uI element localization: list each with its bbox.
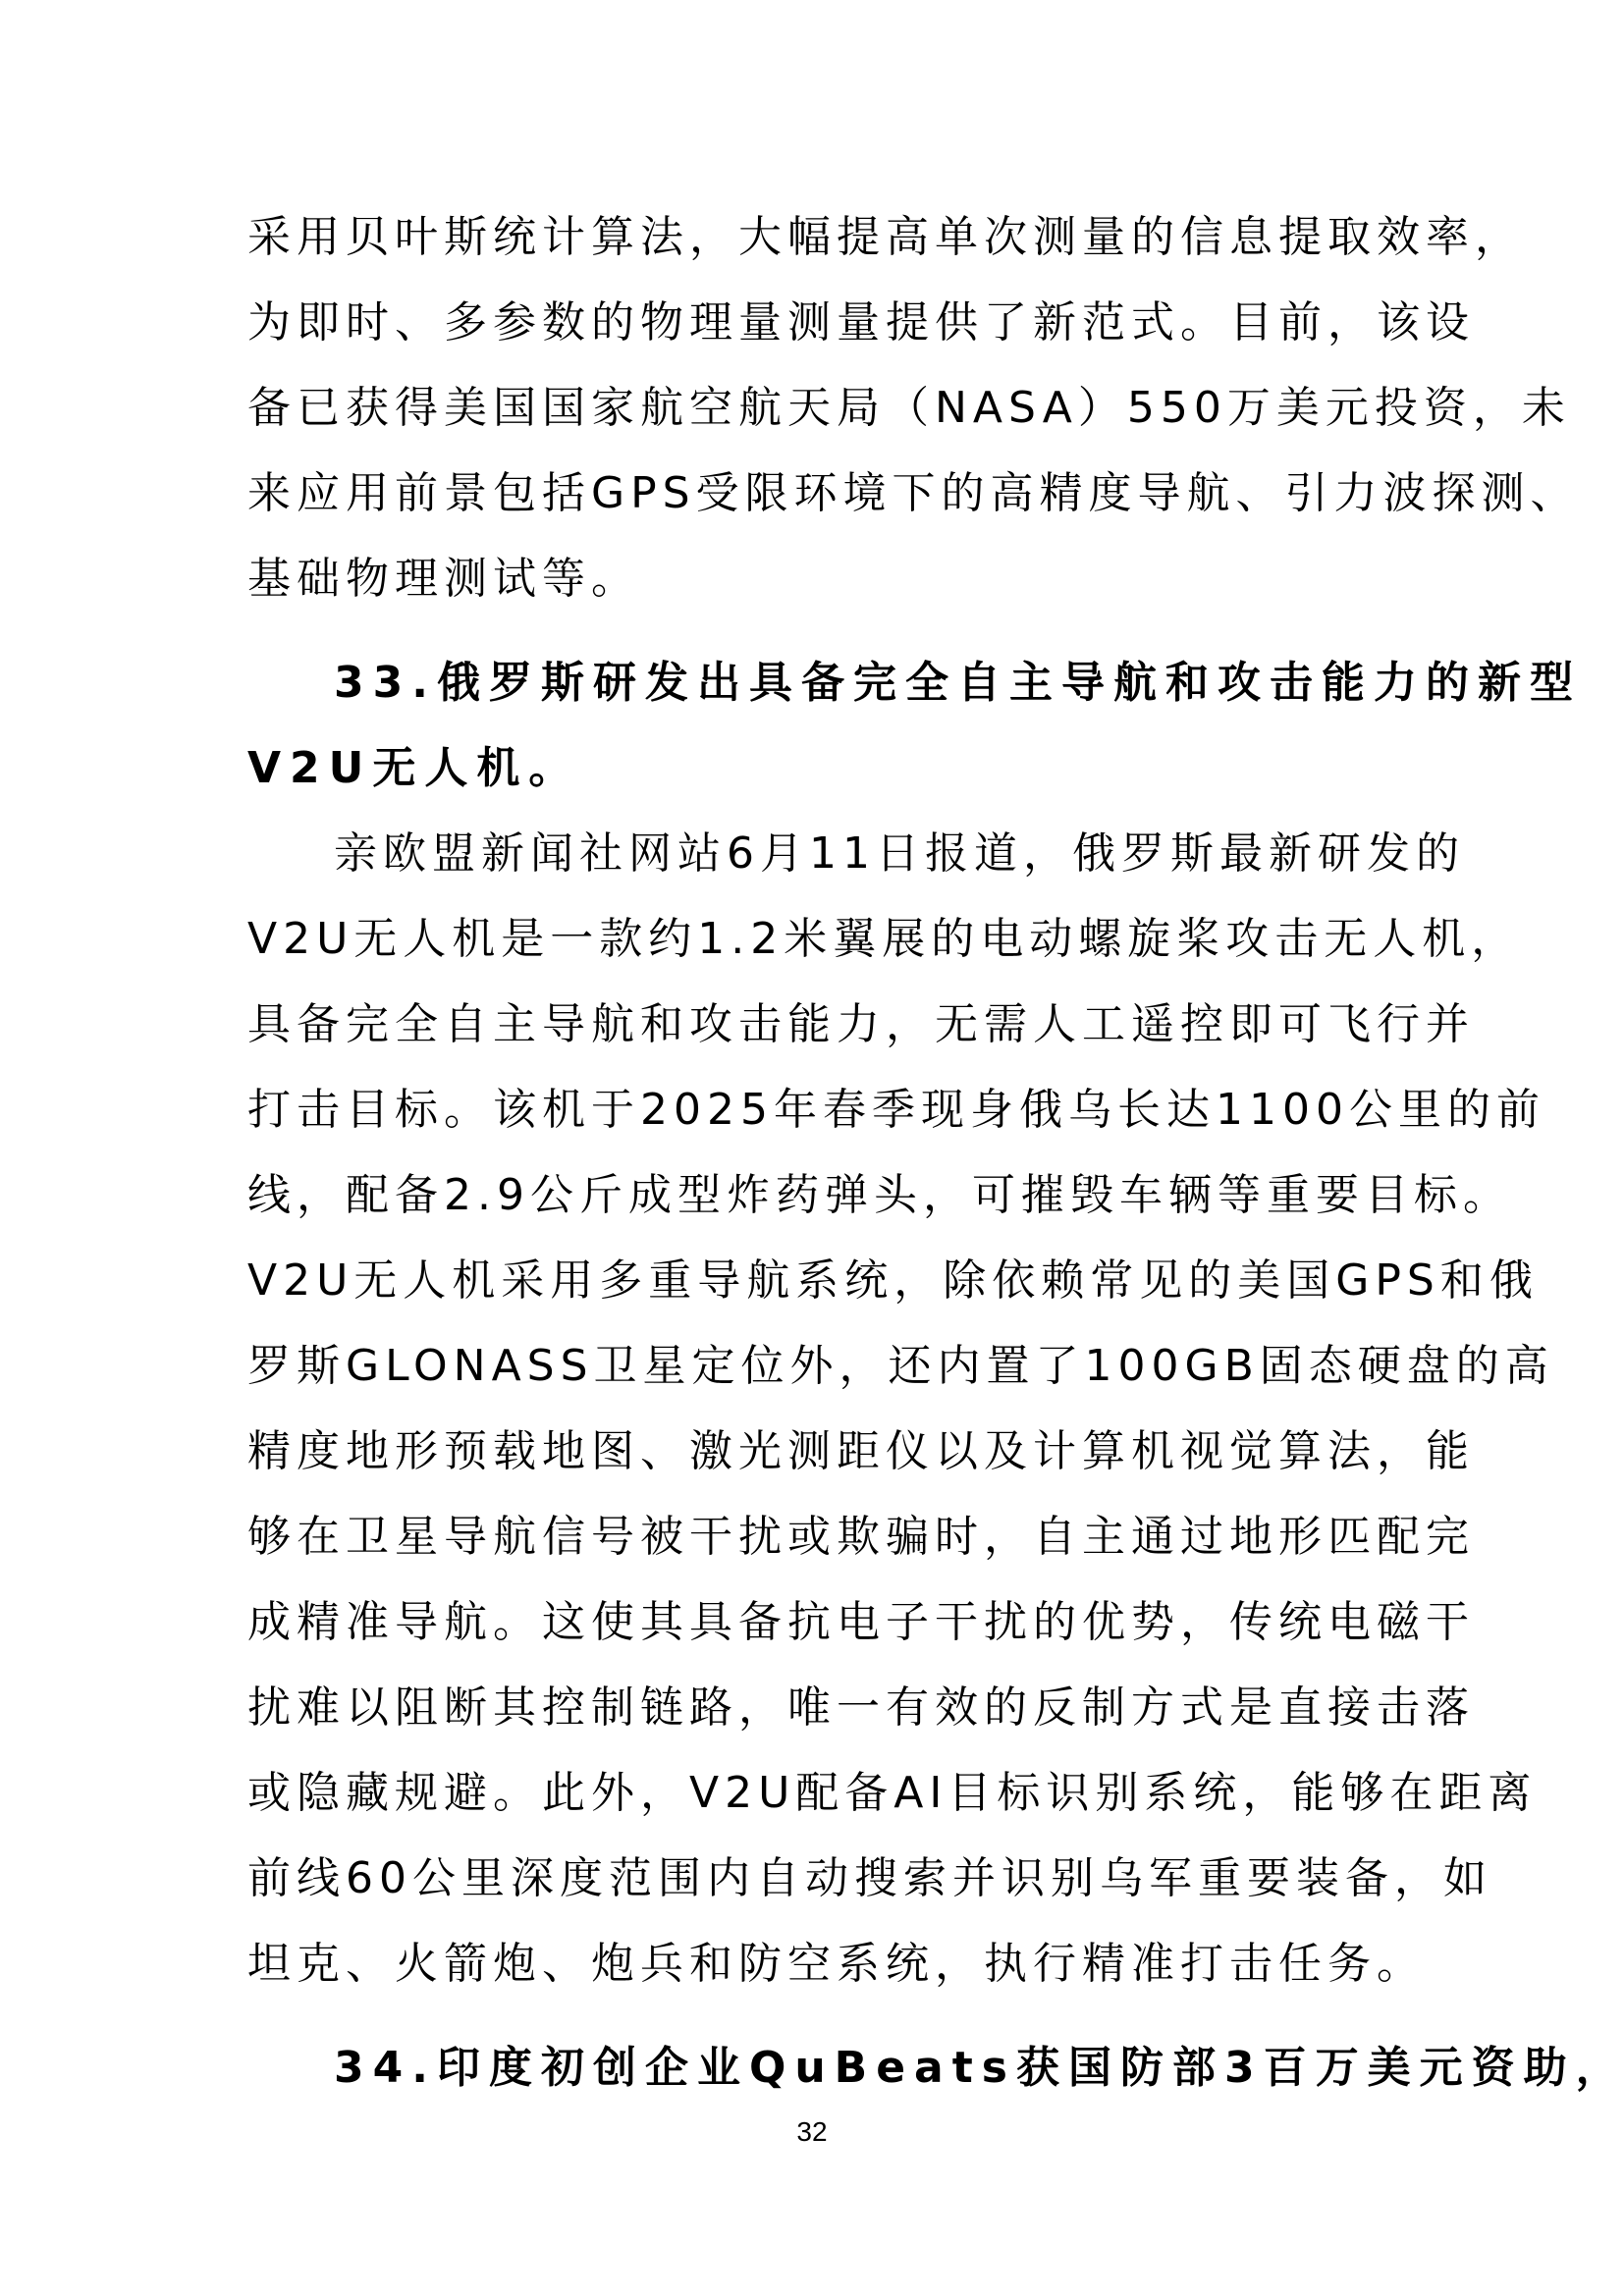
paragraph-line: 或隐藏规避。此外，V2U配备AI目标识别系统，能够在距离 [247,1764,1406,1823]
paragraph-line: 扰难以阻断其控制链路，唯一有效的反制方式是直接击落 [247,1679,1406,1737]
paragraph-line: 够在卫星导航信号被干扰或欺骗时，自主通过地形匹配完 [247,1508,1406,1567]
paragraph-line: V2U无人机采用多重导航系统，除依赖常见的美国GPS和俄 [247,1252,1406,1310]
heading-line: 34.印度初创企业QuBeats获国防部3百万美元资助，将 [334,2039,1492,2098]
heading-line: V2U无人机。 [247,739,1406,798]
paragraph-line: 罗斯GLONASS卫星定位外，还内置了100GB固态硬盘的高 [247,1337,1406,1396]
paragraph-line: 成精准导航。这使其具备抗电子干扰的优势，传统电磁干 [247,1593,1406,1652]
paragraph-line: 线，配备2.9公斤成型炸药弹头，可摧毁车辆等重要目标。 [247,1166,1406,1225]
paragraph-line: 采用贝叶斯统计算法，大幅提高单次测量的信息提取效率， [247,208,1406,267]
paragraph-line: 亲欧盟新闻社网站6月11日报道，俄罗斯最新研发的 [334,825,1492,883]
document-page: 采用贝叶斯统计算法，大幅提高单次测量的信息提取效率， 为即时、多参数的物理量测量… [0,0,1624,2296]
paragraph-line: 坦克、火箭炮、炮兵和防空系统，执行精准打击任务。 [247,1935,1406,1994]
paragraph-line: V2U无人机是一款约1.2米翼展的电动螺旋桨攻击无人机， [247,910,1406,969]
paragraph-line: 基础物理测试等。 [247,550,1406,609]
page-number: 32 [0,2112,1624,2152]
paragraph-line: 来应用前景包括GPS受限环境下的高精度导航、引力波探测、 [247,464,1406,523]
paragraph-line: 打击目标。该机于2025年春季现身俄乌长达1100公里的前 [247,1081,1406,1140]
heading-line: 33.俄罗斯研发出具备完全自主导航和攻击能力的新型 [334,654,1492,713]
paragraph-line: 前线60公里深度范围内自动搜索并识别乌军重要装备，如 [247,1849,1406,1908]
paragraph-line: 精度地形预载地图、激光测距仪以及计算机视觉算法，能 [247,1422,1406,1481]
paragraph-line: 为即时、多参数的物理量测量提供了新范式。目前，该设 [247,294,1406,352]
paragraph-line: 备已获得美国国家航空航天局（NASA）550万美元投资，未 [247,379,1406,438]
paragraph-line: 具备完全自主导航和攻击能力，无需人工遥控即可飞行并 [247,995,1406,1054]
